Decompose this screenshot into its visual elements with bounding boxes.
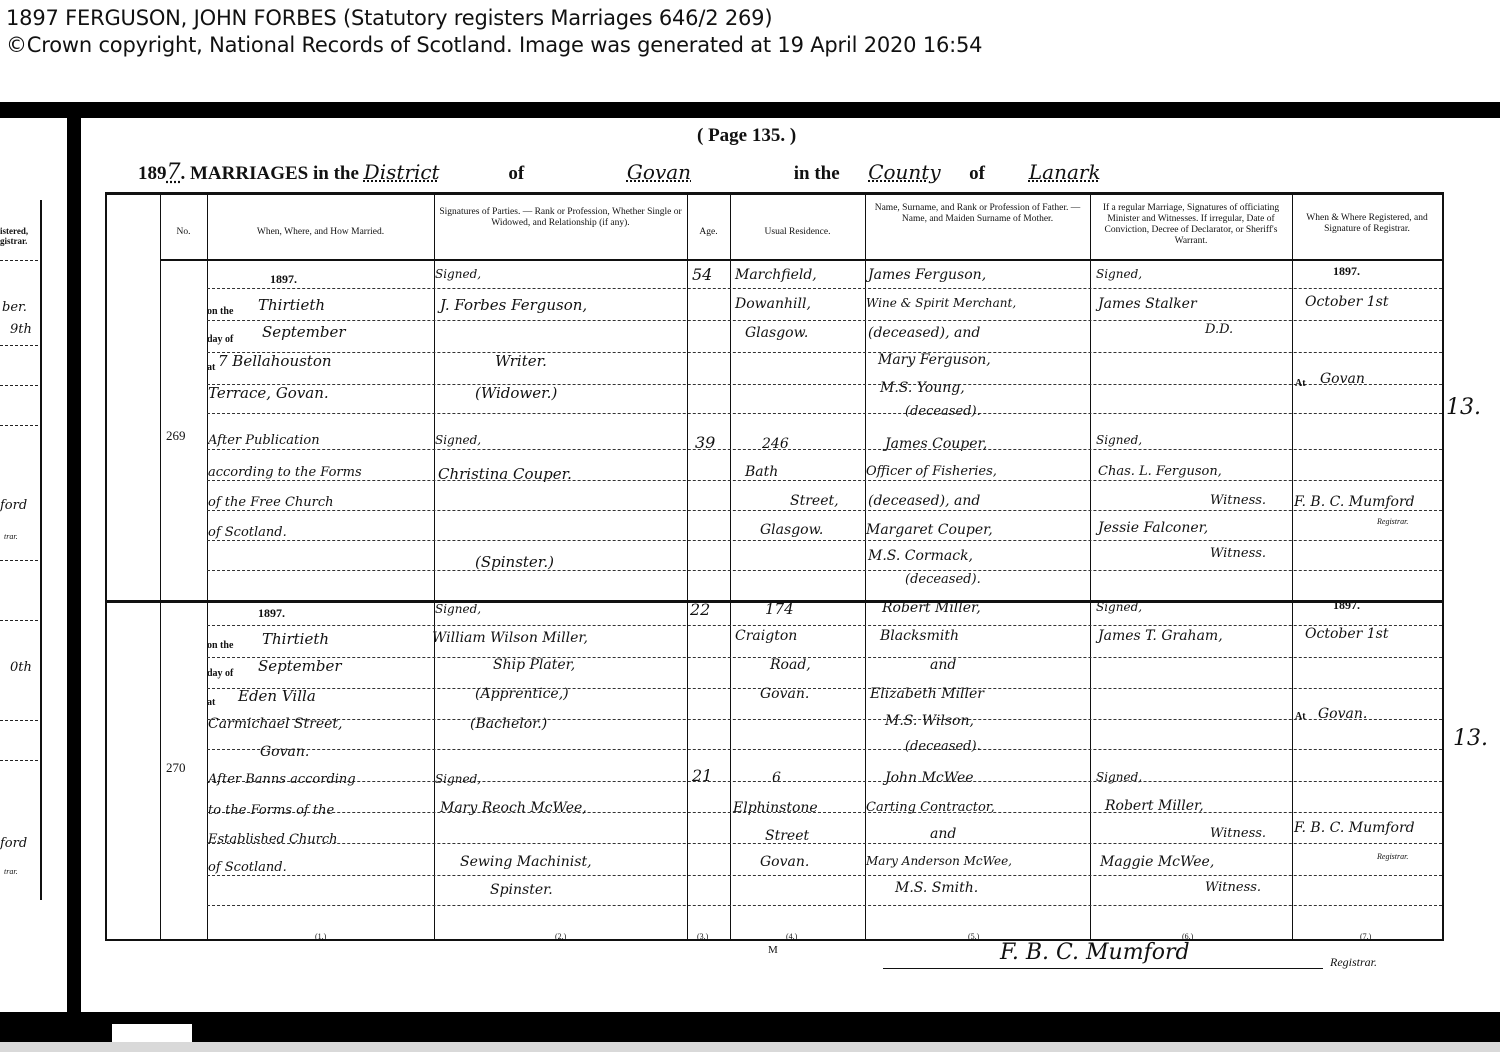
groom-father-rank: Wine & Spirit Merchant, — [866, 296, 1016, 310]
left-page-text: trar. — [4, 867, 18, 876]
marriage-form: according to the Forms — [208, 465, 362, 480]
label-at: at — [207, 362, 215, 373]
witness-label: Witness. — [1210, 826, 1266, 841]
column-number: (4.) — [786, 932, 797, 941]
bride-mother-maiden: M.S. Smith. — [895, 880, 978, 896]
signed-label: Signed, — [435, 772, 481, 786]
column-number: (2.) — [555, 932, 566, 941]
col-header-registered: When & Where Registered, and Signature o… — [1294, 213, 1440, 235]
bride-rank: Sewing Machinist, — [460, 854, 592, 870]
scan-top-border — [0, 102, 1500, 118]
marriage-day: Thirtieth — [262, 630, 329, 648]
left-page-text: 0th — [10, 660, 32, 675]
marriage-form: to the Forms of the — [208, 803, 334, 818]
groom-mother-status: (deceased). — [905, 739, 981, 754]
district-type: District — [364, 160, 504, 184]
bride-status: (Spinster.) — [475, 553, 554, 571]
bride-father-rank: Carting Contractor, — [866, 800, 995, 815]
col-header-minister-witnesses: If a regular Marriage, Signatures of off… — [1092, 203, 1290, 247]
groom-age: 22 — [690, 600, 710, 619]
title-in-the: in the — [794, 163, 840, 185]
margin-note: 13. — [1453, 726, 1488, 751]
bride-mother-maiden: M.S. Cormack, — [868, 548, 973, 564]
groom-mother: Mary Ferguson, — [878, 352, 991, 368]
marriage-place: Eden Villa — [238, 687, 316, 705]
marriage-form: of Scotland. — [208, 860, 287, 875]
groom-rank: Ship Plater, — [493, 657, 575, 673]
bride-mother: Margaret Couper, — [866, 522, 993, 538]
groom-father-rank: Blacksmith — [880, 628, 959, 644]
footer-mark: M — [768, 944, 778, 956]
label-on-the: on the — [207, 306, 233, 317]
marriage-form: of Scotland. — [208, 525, 287, 540]
witness-signature: Chas. L. Ferguson, — [1098, 464, 1222, 479]
bride-residence: Bath — [745, 464, 778, 480]
bride-age: 39 — [695, 433, 715, 452]
registrar-label: Registrar. — [1377, 852, 1408, 861]
groom-signature: William Wilson Miller, — [432, 630, 588, 646]
label-on-the: on the — [207, 640, 233, 651]
bride-father: John McWee — [885, 770, 974, 786]
witness-signature: Robert Miller, — [1105, 798, 1204, 814]
bride-residence: 6 — [772, 770, 781, 786]
marriage-month: September — [258, 657, 342, 675]
title-marriages: . MARRIAGES in the — [181, 163, 359, 185]
register-title: 1897. MARRIAGES in the District of Govan… — [138, 160, 1140, 185]
groom-residence: Craigton — [735, 628, 797, 644]
groom-father: James Ferguson, — [868, 267, 986, 283]
groom-residence: Road, — [770, 657, 811, 673]
marriage-year: 1897. — [258, 606, 285, 621]
witness-signature: Maggie McWee, — [1100, 854, 1214, 870]
left-page-text: trar. — [4, 532, 18, 541]
column-number: (5.) — [968, 932, 979, 941]
marriage-place: 7 Bellahouston — [218, 352, 332, 370]
year-digit: 7 — [167, 160, 181, 185]
book-spine — [67, 102, 81, 1020]
groom-father-status: and — [930, 657, 956, 673]
bride-mother: Mary Anderson McWee, — [866, 854, 1012, 868]
marriage-form: After Banns according — [208, 772, 356, 787]
bride-signature: Christina Couper. — [438, 465, 572, 483]
witness-label: Witness. — [1210, 546, 1266, 561]
bride-residence: Street, — [790, 493, 839, 509]
footer-registrar-label: Registrar. — [1330, 955, 1377, 970]
registrar-signature: F. B. C. Mumford — [1294, 820, 1415, 836]
bride-father: James Couper, — [885, 436, 987, 452]
signed-label: Signed, — [1096, 267, 1142, 281]
scan-bottom-gap — [112, 1024, 192, 1042]
district-name: Govan — [529, 160, 789, 184]
bride-father-status: (deceased), and — [868, 493, 980, 509]
bride-signature: Mary Reoch McWee, — [440, 800, 587, 816]
registrar-signature: F. B. C. Mumford — [1294, 494, 1415, 510]
registration-year: 1897. — [1333, 598, 1360, 613]
col-header-parents: Name, Surname, and Rank or Profession of… — [867, 203, 1088, 225]
bride-father-rank: Officer of Fisheries, — [866, 464, 997, 479]
page-number-label: ( Page 135. ) — [697, 125, 796, 147]
registrar-signature-line — [883, 968, 1323, 969]
signed-label: Signed, — [1096, 433, 1142, 447]
left-page-fragment: istered, gistrar. ber. 9th ford trar. 0t… — [0, 200, 42, 900]
bride-mother-status: (deceased). — [905, 572, 981, 587]
groom-status: (Bachelor.) — [470, 716, 547, 732]
signed-label: Signed, — [435, 267, 481, 281]
label-at: at — [207, 697, 215, 708]
marriage-day: Thirtieth — [258, 296, 325, 314]
col-header-signatures: Signatures of Parties. — Rank or Profess… — [434, 207, 687, 229]
registration-year: 1897. — [1333, 264, 1360, 279]
record-title: 1897 FERGUSON, JOHN FORBES (Statutory re… — [6, 6, 772, 30]
label-at: At — [1295, 378, 1306, 389]
marriage-place: Carmichael Street, — [208, 716, 342, 732]
left-page-header: istered, gistrar. — [0, 226, 40, 246]
col-header-when-where: When, Where, and How Married. — [207, 227, 434, 238]
signed-label: Signed, — [1096, 770, 1142, 784]
viewer-bottom-strip — [0, 1042, 1500, 1052]
left-page-text: ford — [0, 836, 27, 851]
groom-mother: Elizabeth Miller — [870, 686, 984, 702]
groom-father-status: (deceased), and — [868, 325, 980, 341]
marriage-year: 1897. — [270, 272, 297, 287]
groom-residence: 174 — [765, 600, 794, 618]
col-header-age: Age. — [687, 227, 730, 238]
marriage-month: September — [262, 323, 346, 341]
bride-residence: Govan. — [760, 854, 809, 870]
marriage-place: Terrace, Govan. — [208, 384, 329, 402]
left-page-text: ford — [0, 498, 27, 513]
groom-rank: Writer. — [495, 352, 547, 370]
registration-date: October 1st — [1305, 294, 1388, 310]
title-of: of — [969, 163, 985, 185]
entry-number: 269 — [166, 428, 186, 444]
groom-residence: Dowanhill, — [735, 296, 811, 312]
scan-bottom-border — [0, 1012, 1500, 1042]
groom-mother-maiden: M.S. Wilson, — [885, 713, 974, 729]
minister-signature: James T. Graham, — [1098, 628, 1223, 644]
groom-residence: Govan. — [760, 686, 809, 702]
groom-signature: J. Forbes Ferguson, — [440, 296, 587, 314]
label-day-of: day of — [207, 668, 233, 679]
groom-age: 54 — [692, 265, 712, 284]
groom-residence: Glasgow. — [745, 325, 808, 341]
marriage-form: of the Free Church — [208, 495, 334, 510]
column-number: (3.) — [697, 932, 708, 941]
bride-residence: Street — [765, 828, 809, 844]
signed-label: Signed, — [435, 433, 481, 447]
footer-registrar-signature: F. B. C. Mumford — [1000, 940, 1190, 965]
left-page-text: ber. — [2, 300, 27, 315]
label-day-of: day of — [207, 334, 233, 345]
margin-note: 13. — [1446, 395, 1481, 420]
entry-number: 270 — [166, 760, 186, 776]
left-page-text: 9th — [10, 322, 32, 337]
bride-residence: Elphinstone — [733, 800, 818, 816]
bride-residence: 246 — [762, 436, 789, 452]
county-type: County — [844, 160, 964, 184]
groom-father: Robert Miller, — [882, 600, 981, 616]
county-name: Lanark — [990, 160, 1140, 184]
marriage-form: After Publication — [208, 433, 320, 448]
copyright-line: ©Crown copyright, National Records of Sc… — [6, 33, 982, 57]
groom-mother-status: (deceased). — [905, 404, 981, 419]
groom-rank: (Apprentice,) — [475, 686, 569, 702]
bride-father-status: and — [930, 826, 956, 842]
registration-place: Govan — [1320, 371, 1365, 387]
registration-date: October 1st — [1305, 626, 1388, 642]
marriage-place: Govan. — [260, 744, 309, 760]
bride-residence: Glasgow. — [760, 522, 823, 538]
col-header-residence: Usual Residence. — [730, 227, 865, 238]
bride-status: Spinster. — [490, 882, 553, 898]
bride-age: 21 — [692, 766, 712, 785]
year-prefix: 189 — [138, 163, 167, 185]
groom-mother-maiden: M.S. Young, — [880, 380, 965, 396]
registrar-label: Registrar. — [1377, 517, 1408, 526]
column-number: (1.) — [315, 932, 326, 941]
col-header-no: No. — [160, 227, 207, 238]
column-number: (7.) — [1360, 932, 1371, 941]
label-at: At — [1295, 711, 1306, 722]
registration-place: Govan. — [1318, 706, 1367, 722]
groom-residence: Marchfield, — [735, 267, 817, 283]
witness-label: Witness. — [1205, 880, 1261, 895]
minister-signature: James Stalker — [1098, 296, 1197, 312]
marriage-form: Established Church — [208, 832, 338, 847]
witness-signature: Jessie Falconer, — [1098, 520, 1208, 536]
title-of: of — [508, 163, 524, 185]
signed-label: Signed, — [435, 602, 481, 616]
witness-label: Witness. — [1210, 493, 1266, 508]
minister-title: D.D. — [1205, 322, 1233, 337]
signed-label: Signed, — [1096, 600, 1142, 614]
groom-status: (Widower.) — [475, 384, 557, 402]
